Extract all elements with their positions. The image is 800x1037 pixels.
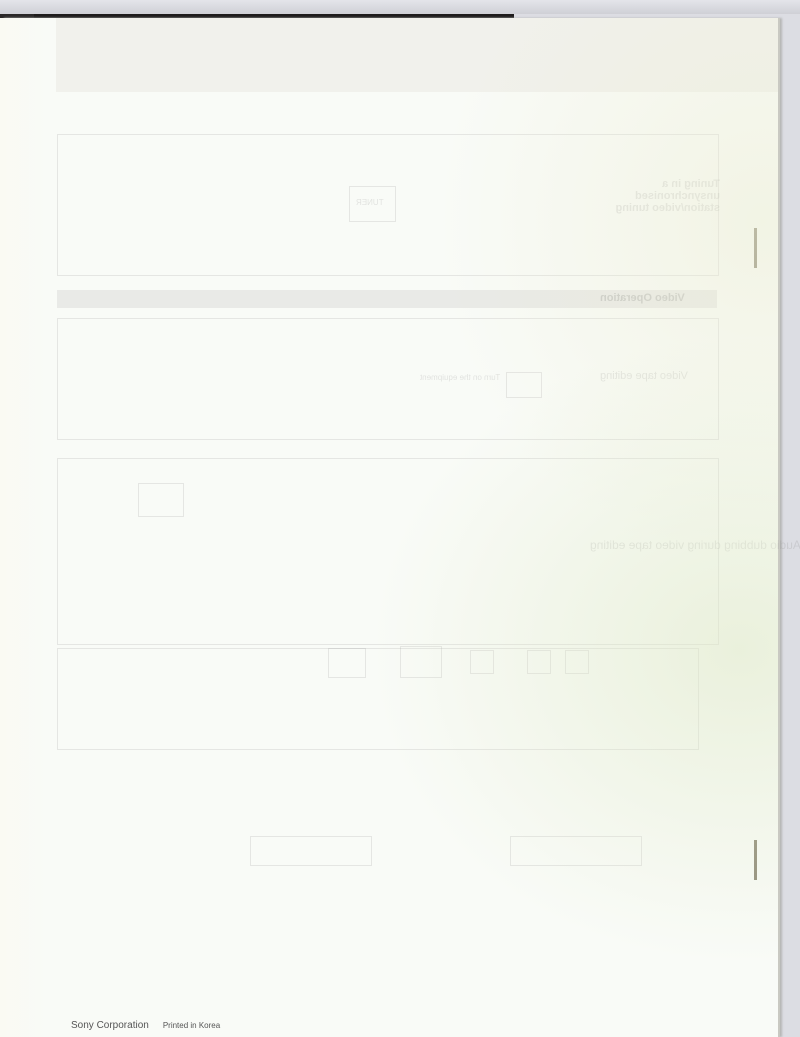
publisher-name: Sony Corporation	[71, 1020, 149, 1031]
ghost-tuner-label: TUNER	[356, 198, 384, 207]
staple-top	[754, 228, 757, 268]
ghost-step-turn-on: Turn on the equipment	[420, 373, 500, 382]
staple-bottom	[754, 840, 757, 880]
ghost-cd-button	[138, 483, 184, 517]
ghost-section-heading: Video Operation	[600, 292, 685, 304]
ghost-row-label-editing: Video tape editing	[600, 370, 688, 382]
ghost-step-1	[328, 648, 366, 678]
ghost-step-3	[470, 650, 494, 674]
ghost-row-label-tuning: Tuning in a unsynchronised station/video…	[600, 178, 720, 214]
ghost-steps-row	[57, 648, 699, 750]
ghost-bottom-diagram	[250, 836, 372, 866]
top-band	[56, 18, 778, 92]
ghost-step-4	[527, 650, 551, 674]
ghost-bottom-diagram-2	[510, 836, 642, 866]
scanner-background	[0, 0, 800, 14]
ghost-row-label-dubbing: Audio dubbing during video tape editing	[590, 538, 800, 552]
ghost-step-2	[400, 646, 442, 678]
printed-in: Printed in Korea	[163, 1021, 220, 1030]
manual-back-page: Tuning in a unsynchronised station/video…	[0, 18, 778, 1037]
footer: Sony Corporation Printed in Korea	[71, 1020, 220, 1031]
ghost-power-button	[506, 372, 542, 398]
ghost-step-5	[565, 650, 589, 674]
